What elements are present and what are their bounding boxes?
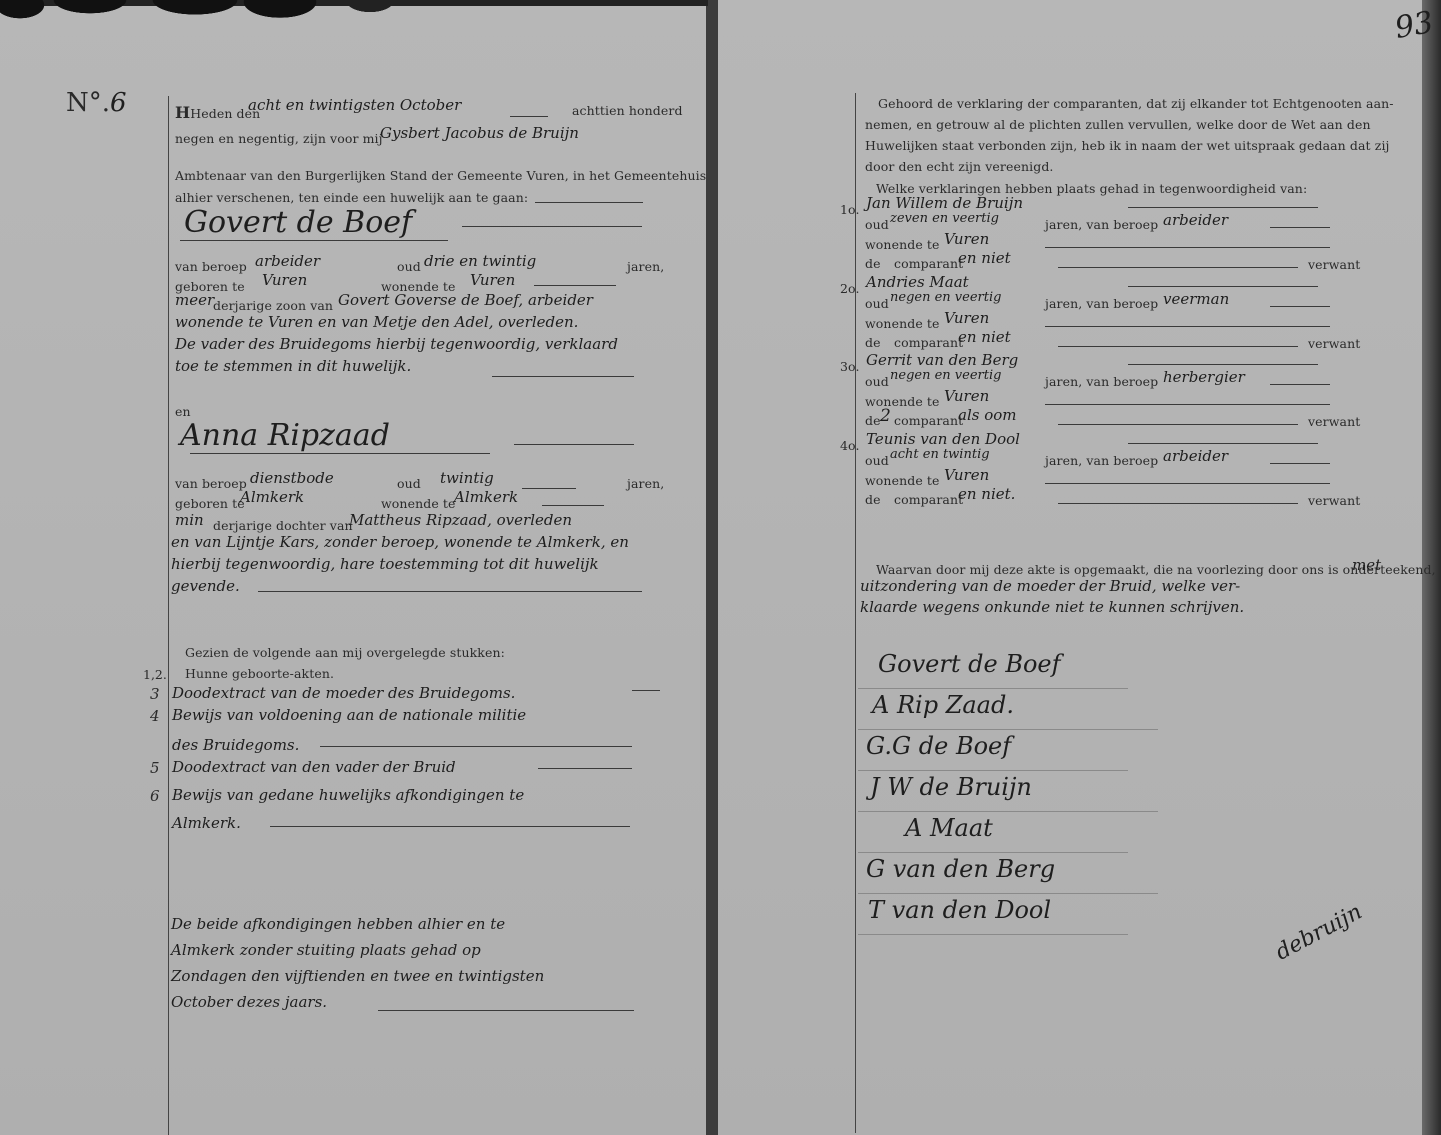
fill-line xyxy=(462,226,642,227)
bride-consent-line: hierbij tegenwoordig, hare toestemming t… xyxy=(171,555,599,573)
signature-rule xyxy=(858,770,1128,771)
underline xyxy=(180,240,448,241)
bride-birthplace: Almkerk xyxy=(240,488,304,506)
fill-line xyxy=(522,488,576,489)
closing-handwritten-3: klaarde wegens onkunde niet te kunnen sc… xyxy=(860,598,1244,616)
bride-occupation-label: van beroep xyxy=(175,476,247,491)
document-number: 4 xyxy=(150,707,160,725)
fill-line xyxy=(1045,326,1330,327)
bride-consent-line-2: gevende. xyxy=(171,577,240,595)
signature: A Maat xyxy=(905,814,993,842)
document-item: Almkerk. xyxy=(172,814,241,832)
scan-shadow xyxy=(0,0,708,30)
witness-name: Teunis van den Dool xyxy=(866,430,1020,448)
witness-related-label: verwant xyxy=(1308,257,1360,272)
document-item: Hunne geboorte-akten. xyxy=(185,666,334,681)
fill-line xyxy=(1270,306,1330,307)
note-line: De beide afkondigingen hebben alhier en … xyxy=(171,915,505,933)
witness-de-label: de xyxy=(865,492,881,507)
fill-line xyxy=(510,116,548,117)
witness-name: Jan Willem de Bruijn xyxy=(866,194,1023,212)
witness-mark: 2 xyxy=(880,406,891,426)
bride-name: Anna Ripzaad xyxy=(180,418,390,453)
signature: T van den Dool xyxy=(868,896,1051,924)
witness-age-label: oud xyxy=(865,374,889,389)
bride-daughter-of-label: derjarige dochter van xyxy=(213,518,353,533)
bride-years-label: jaren, xyxy=(627,476,664,491)
groom-father: Govert Goverse de Boef, arbeider xyxy=(338,291,593,309)
groom-consent-line: De vader des Bruidegoms hierbij tegenwoo… xyxy=(175,335,618,353)
signature-rule xyxy=(858,729,1158,730)
witness-residence: Vuren xyxy=(944,230,989,248)
witness-number: 1o. xyxy=(840,202,860,217)
groom-occupation-label: van beroep xyxy=(175,259,247,274)
bride-age-label: oud xyxy=(397,476,421,491)
fill-line xyxy=(1045,404,1330,405)
groom-birthplace: Vuren xyxy=(262,271,307,289)
witness-age-label: oud xyxy=(865,453,889,468)
fill-line xyxy=(538,768,632,769)
witness-relation: en niet. xyxy=(958,485,1015,503)
witness-occupation: arbeider xyxy=(1163,211,1228,229)
fill-line xyxy=(1128,286,1318,287)
official-name: Gysbert Jacobus de Bruijn xyxy=(380,124,579,142)
document-item: Bewijs van voldoening aan de nationale m… xyxy=(172,706,526,724)
marriage-date: acht en twintigsten October xyxy=(248,96,461,114)
witness-age-label: oud xyxy=(865,296,889,311)
signature-rule xyxy=(858,893,1158,894)
and-label: en xyxy=(175,404,191,419)
witness-residence: Vuren xyxy=(944,387,989,405)
witness-relation: als oom xyxy=(958,406,1017,424)
left-margin-rule xyxy=(168,96,169,1135)
witness-number: 4o. xyxy=(840,438,860,453)
groom-residence: Vuren xyxy=(470,271,515,289)
witness-related-label: verwant xyxy=(1308,414,1360,429)
fill-line xyxy=(1058,267,1298,268)
witness-name: Andries Maat xyxy=(866,273,969,291)
bride-occupation: dienstbode xyxy=(250,469,334,487)
witness-residence-label: wonende te xyxy=(865,394,940,409)
closing-handwritten-1: met xyxy=(1352,556,1381,574)
fill-line xyxy=(258,591,642,592)
declaration-line: Huwelijken staat verbonden zijn, heb ik … xyxy=(865,138,1390,153)
groom-consent-line-2: toe te stemmen in dit huwelijk. xyxy=(175,357,411,375)
document-number: 3 xyxy=(150,685,160,703)
witness-relation: en niet xyxy=(958,249,1011,267)
groom-son-of-label: derjarige zoon van xyxy=(213,298,333,313)
fill-line xyxy=(632,690,660,691)
witness-de-label: de xyxy=(865,413,881,428)
fill-line xyxy=(1270,463,1330,464)
bride-residence-label: wonende te xyxy=(381,496,456,511)
record-number: N°.6 xyxy=(66,88,127,118)
groom-occupation: arbeider xyxy=(255,252,320,270)
witness-de-label: de xyxy=(865,256,881,271)
witness-comparant-label: comparant xyxy=(894,335,963,350)
witness-occupation: herbergier xyxy=(1163,368,1245,386)
witness-occupation-label: jaren, van beroep xyxy=(1045,374,1158,389)
witness-occupation: veerman xyxy=(1163,290,1229,308)
signature-rule xyxy=(858,688,1128,689)
bride-age: twintig xyxy=(440,469,494,487)
fill-line xyxy=(514,444,634,445)
groom-name: Govert de Boef xyxy=(184,205,412,240)
intro-line-2: negen en negentig, zijn voor mij xyxy=(175,131,383,146)
fill-line xyxy=(378,1010,634,1011)
bride-minority-prefix: min xyxy=(175,511,204,529)
fill-line xyxy=(1058,346,1298,347)
witness-number: 2o. xyxy=(840,281,860,296)
signature-rule xyxy=(858,811,1158,812)
fill-line xyxy=(1045,483,1330,484)
witness-occupation: arbeider xyxy=(1163,447,1228,465)
witness-residence-label: wonende te xyxy=(865,237,940,252)
declaration-line: Gehoord de verklaring der comparanten, d… xyxy=(878,96,1394,111)
document-number: 1,2. xyxy=(143,667,167,682)
bride-residence: Almkerk xyxy=(454,488,518,506)
fill-line xyxy=(1128,443,1318,444)
declaration-line: nemen, en getrouw al de plichten zullen … xyxy=(865,117,1371,132)
witness-related-label: verwant xyxy=(1308,336,1360,351)
witness-age: negen en veertig xyxy=(890,290,1001,305)
witness-number: 3o. xyxy=(840,359,860,374)
underline xyxy=(190,453,490,454)
witness-name: Gerrit van den Berg xyxy=(866,351,1018,369)
fill-line xyxy=(1270,227,1330,228)
witness-age: negen en veertig xyxy=(890,368,1001,383)
bride-father: Mattheus Ripzaad, overleden xyxy=(349,511,572,529)
document-item: Bewijs van gedane huwelijks afkondiginge… xyxy=(172,786,524,804)
intro-line-1-end: achttien honderd xyxy=(572,103,683,118)
note-line: Zondagen den vijftienden en twee en twin… xyxy=(171,967,544,985)
fill-line xyxy=(534,285,616,286)
witness-age: acht en twintig xyxy=(890,447,990,462)
witness-age: zeven en veertig xyxy=(890,211,999,226)
document-item: des Bruidegoms. xyxy=(172,736,299,754)
document-item: Doodextract van den vader der Bruid xyxy=(172,758,456,776)
fill-line xyxy=(320,746,632,747)
intro-line-4: alhier verschenen, ten einde een huwelij… xyxy=(175,190,528,205)
witness-comparant-label: comparant xyxy=(894,256,963,271)
book-gutter xyxy=(706,0,718,1135)
document-item: Doodextract van de moeder des Bruidegoms… xyxy=(172,684,515,702)
bride-born-label: geboren te xyxy=(175,496,245,511)
witness-age-label: oud xyxy=(865,217,889,232)
closing-handwritten-2: uitzondering van de moeder der Bruid, we… xyxy=(860,577,1240,595)
witness-residence-label: wonende te xyxy=(865,316,940,331)
witness-comparant-label: comparant xyxy=(894,413,963,428)
signature-rule xyxy=(858,852,1128,853)
signature: A Rip Zaad. xyxy=(872,691,1014,719)
record-number-label: N°. xyxy=(66,88,110,118)
documents-heading: Gezien de volgende aan mij overgelegde s… xyxy=(185,645,505,660)
bride-mother-line: en van Lijntje Kars, zonder beroep, wone… xyxy=(171,533,629,551)
fill-line xyxy=(1045,247,1330,248)
fill-line xyxy=(492,376,634,377)
document-number: 6 xyxy=(150,787,160,805)
witness-occupation-label: jaren, van beroep xyxy=(1045,296,1158,311)
fill-line xyxy=(1128,364,1318,365)
intro-line-3: Ambtenaar van den Burgerlijken Stand der… xyxy=(175,168,706,183)
groom-majority-prefix: meer xyxy=(175,291,214,309)
declaration-line: door den echt zijn vereenigd. xyxy=(865,159,1054,174)
document-number: 5 xyxy=(150,759,160,777)
witness-comparant-label: comparant xyxy=(894,492,963,507)
witness-residence: Vuren xyxy=(944,466,989,484)
record-number-value: 6 xyxy=(110,88,127,118)
groom-age-label: oud xyxy=(397,259,421,274)
signature: J W de Bruijn xyxy=(870,773,1032,801)
signature: G.G de Boef xyxy=(866,732,1011,760)
fill-line xyxy=(270,826,630,827)
witness-occupation-label: jaren, van beroep xyxy=(1045,217,1158,232)
note-line: Almkerk zonder stuiting plaats gehad op xyxy=(171,941,481,959)
groom-parents-line: wonende te Vuren en van Metje den Adel, … xyxy=(175,313,578,331)
fill-line xyxy=(1128,207,1318,208)
signature-rule xyxy=(858,934,1128,935)
witness-relation: en niet xyxy=(958,328,1011,346)
signature: G van den Berg xyxy=(866,855,1055,883)
page-number: 93 xyxy=(1392,5,1436,46)
right-margin-rule xyxy=(855,93,856,1133)
fill-line xyxy=(1058,503,1298,504)
fill-line xyxy=(1058,424,1298,425)
witness-related-label: verwant xyxy=(1308,493,1360,508)
fill-line xyxy=(1270,384,1330,385)
signature: Govert de Boef xyxy=(878,650,1061,678)
witness-occupation-label: jaren, van beroep xyxy=(1045,453,1158,468)
witness-residence: Vuren xyxy=(944,309,989,327)
fill-line xyxy=(535,202,643,203)
fill-line xyxy=(542,505,604,506)
witness-residence-label: wonende te xyxy=(865,473,940,488)
groom-years-label: jaren, xyxy=(627,259,664,274)
note-line: October dezes jaars. xyxy=(171,993,327,1011)
groom-age: drie en twintig xyxy=(424,252,536,270)
witness-de-label: de xyxy=(865,335,881,350)
